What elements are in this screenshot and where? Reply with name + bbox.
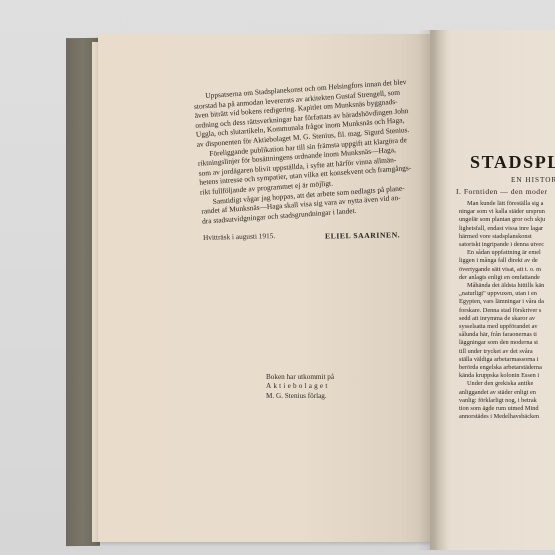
body-line: sysselsatta med uppförandet av xyxy=(459,323,555,331)
body-line: Egypten, vars lämningar i våra da xyxy=(459,298,555,306)
publisher-imprint: Boken har utkommit på Aktiebolaget M. G.… xyxy=(266,373,334,401)
body-line: En sådan uppfattning är emel xyxy=(459,249,555,257)
body-line: lighetsfall, endast vissa inre lagar xyxy=(459,225,555,233)
body-line: „naturligt" uppvuxen, utan i en xyxy=(459,290,555,298)
body-line: liggen i många fall direkt av de xyxy=(459,257,555,265)
body-line: sålunda här, från faraonernas ti xyxy=(459,331,555,339)
chapter-title: STADSPLA xyxy=(470,152,555,173)
body-line: övertygande sätt visat, att t. o. m xyxy=(459,266,555,274)
body-line: Man kunde lätt föreställa sig a xyxy=(459,200,555,208)
body-line: satoriskt ingripande i denna utvec xyxy=(459,241,555,249)
imprint-publisher: Aktiebolaget xyxy=(266,382,334,391)
section-heading: I. Forntiden — den moder xyxy=(456,187,548,196)
body-line: ningar som vi kalla städer ursprun xyxy=(459,208,555,216)
body-line: härmed vore stadsplanskonst xyxy=(459,233,555,241)
right-page-body: Man kunde lätt föreställa sig a ningar s… xyxy=(459,200,555,421)
author-signature: ELIEL SAARINEN. xyxy=(325,230,400,240)
body-line: Under den grekiska antike xyxy=(459,380,555,388)
imprint-line: M. G. Stenius förlag. xyxy=(266,392,334,401)
body-line: ungefär som plantan gror och skju xyxy=(459,216,555,224)
preface-text: Uppsatserna om Stadsplanekonst och om He… xyxy=(193,76,434,226)
body-line: sedd att inrymma de skaror av xyxy=(459,315,555,323)
chapter-subtitle: EN HISTORI xyxy=(511,176,555,184)
body-line: vanlig: förklarligt nog, i betrak xyxy=(459,397,555,405)
place-date: Hvitträsk i augusti 1915. xyxy=(203,231,275,242)
body-line: anliggandet av städer enligt en xyxy=(459,389,555,397)
body-line: läggningar som den moderna st xyxy=(459,339,555,347)
body-line: Måhända det äldsta hittills kän xyxy=(459,282,555,290)
imprint-line: Boken har utkommit på xyxy=(266,373,334,382)
body-line: forskare. Denna stad förskriver s xyxy=(459,307,555,315)
body-line: kända kruppska kolonin Essen i xyxy=(459,372,555,380)
body-line: annorstädes i Medelhavsbäcken xyxy=(459,413,555,421)
body-line: berörda engelska arbetarstäderna xyxy=(459,364,555,372)
body-line: tion som ägde rum utmed Mind xyxy=(459,405,555,413)
body-line: till under trycket av det svåra xyxy=(459,348,555,356)
body-line: ställa väldiga arbetarmassorna i xyxy=(459,356,555,364)
body-line: der anlagts enligt en omfattande xyxy=(459,274,555,282)
